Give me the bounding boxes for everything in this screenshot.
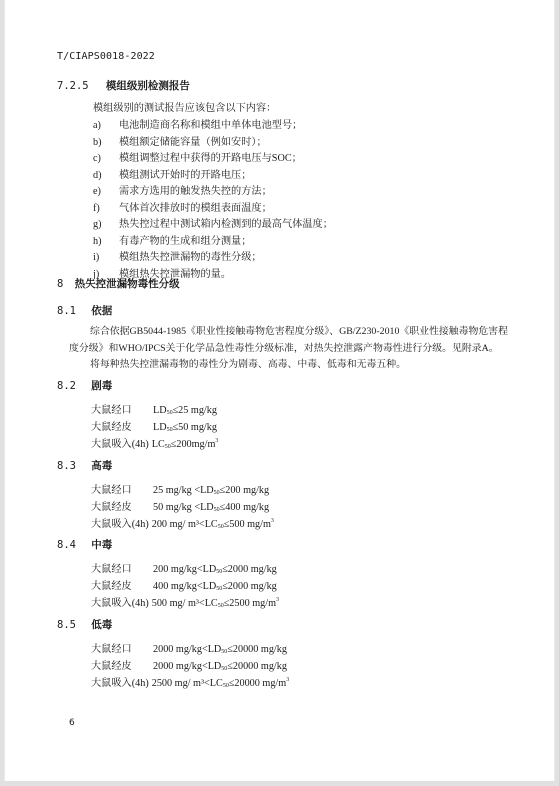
paragraph-line: 度分级》和WHO/IPCS关于化学品急性毒性分级标准，对热失控泄露产物毒性进行分… bbox=[69, 340, 499, 354]
toxicity-row: 大鼠吸入(4h)200 mg/ m³<LC50≤500 mg/m3 bbox=[91, 515, 274, 530]
section-81-heading: 8.1 依据 bbox=[57, 303, 112, 318]
toxicity-row: 大鼠经皮2000 mg/kg<LD50≤20000 mg/kg bbox=[91, 657, 287, 672]
toxicity-row: 大鼠吸入(4h)500 mg/ m³<LC50≤2500 mg/m3 bbox=[91, 594, 279, 609]
list-item: h)有毒产物的生成和组分测量； bbox=[93, 232, 251, 247]
toxicity-row: 大鼠经皮50 mg/kg <LD50≤400 mg/kg bbox=[91, 498, 269, 513]
paragraph-line: 将每种热失控泄漏毒物的毒性分为剧毒、高毒、中毒、低毒和无毒五种。 bbox=[90, 356, 406, 370]
toxicity-row: 大鼠经皮LD50≤50 mg/kg bbox=[91, 418, 217, 433]
section-725-intro: 模组级别的测试报告应该包含以下内容： bbox=[93, 99, 276, 114]
toxicity-heading: 8.3 高毒 bbox=[57, 458, 112, 473]
toxicity-row: 大鼠经口200 mg/kg<LD50≤2000 mg/kg bbox=[91, 560, 277, 575]
toxicity-row: 大鼠经皮400 mg/kg<LD50≤2000 mg/kg bbox=[91, 577, 277, 592]
section-8-heading: 8 热失控泄漏物毒性分级 bbox=[57, 276, 180, 291]
toxicity-heading: 8.5 低毒 bbox=[57, 617, 112, 632]
paragraph-line: 综合依据GB5044-1985《职业性接触毒物危害程度分级》、GB/Z230-2… bbox=[90, 323, 508, 337]
toxicity-row: 大鼠吸入(4h)LC50≤200mg/m3 bbox=[91, 435, 218, 450]
toxicity-heading: 8.2 剧毒 bbox=[57, 378, 112, 393]
list-item: b)模组额定储能容量（例如安时）； bbox=[93, 133, 267, 148]
toxicity-row: 大鼠经口LD50≤25 mg/kg bbox=[91, 401, 217, 416]
list-item: a)电池制造商名称和模组中单体电池型号； bbox=[93, 116, 302, 131]
toxicity-row: 大鼠经口2000 mg/kg<LD50≤20000 mg/kg bbox=[91, 640, 287, 655]
list-item: d)模组测试开始时的开路电压； bbox=[93, 166, 251, 181]
page-number: 6 bbox=[69, 718, 75, 728]
toxicity-row: 大鼠经口25 mg/kg <LD50≤200 mg/kg bbox=[91, 481, 269, 496]
list-item: g)热失控过程中测试箱内检测到的最高气体温度； bbox=[93, 215, 333, 230]
toxicity-heading: 8.4 中毒 bbox=[57, 537, 112, 552]
list-item: e)需求方选用的触发热失控的方法； bbox=[93, 182, 272, 197]
section-725-heading: 7.2.5 模组级别检测报告 bbox=[57, 78, 190, 93]
toxicity-row: 大鼠吸入(4h)2500 mg/ m³<LC50≤20000 mg/m3 bbox=[91, 674, 289, 689]
document-code: T/CIAPS0018-2022 bbox=[57, 51, 155, 62]
section-number: 7.2.5 bbox=[57, 80, 89, 92]
list-item: c)模组调整过程中获得的开路电压与SOC； bbox=[93, 149, 302, 164]
document-page: T/CIAPS0018-2022 7.2.5 模组级别检测报告 模组级别的测试报… bbox=[4, 0, 555, 781]
list-item: f)气体首次排放时的模组表面温度； bbox=[93, 199, 272, 214]
section-title: 模组级别检测报告 bbox=[106, 80, 190, 92]
list-item: i)模组热失控泄漏物的毒性分级； bbox=[93, 248, 262, 263]
